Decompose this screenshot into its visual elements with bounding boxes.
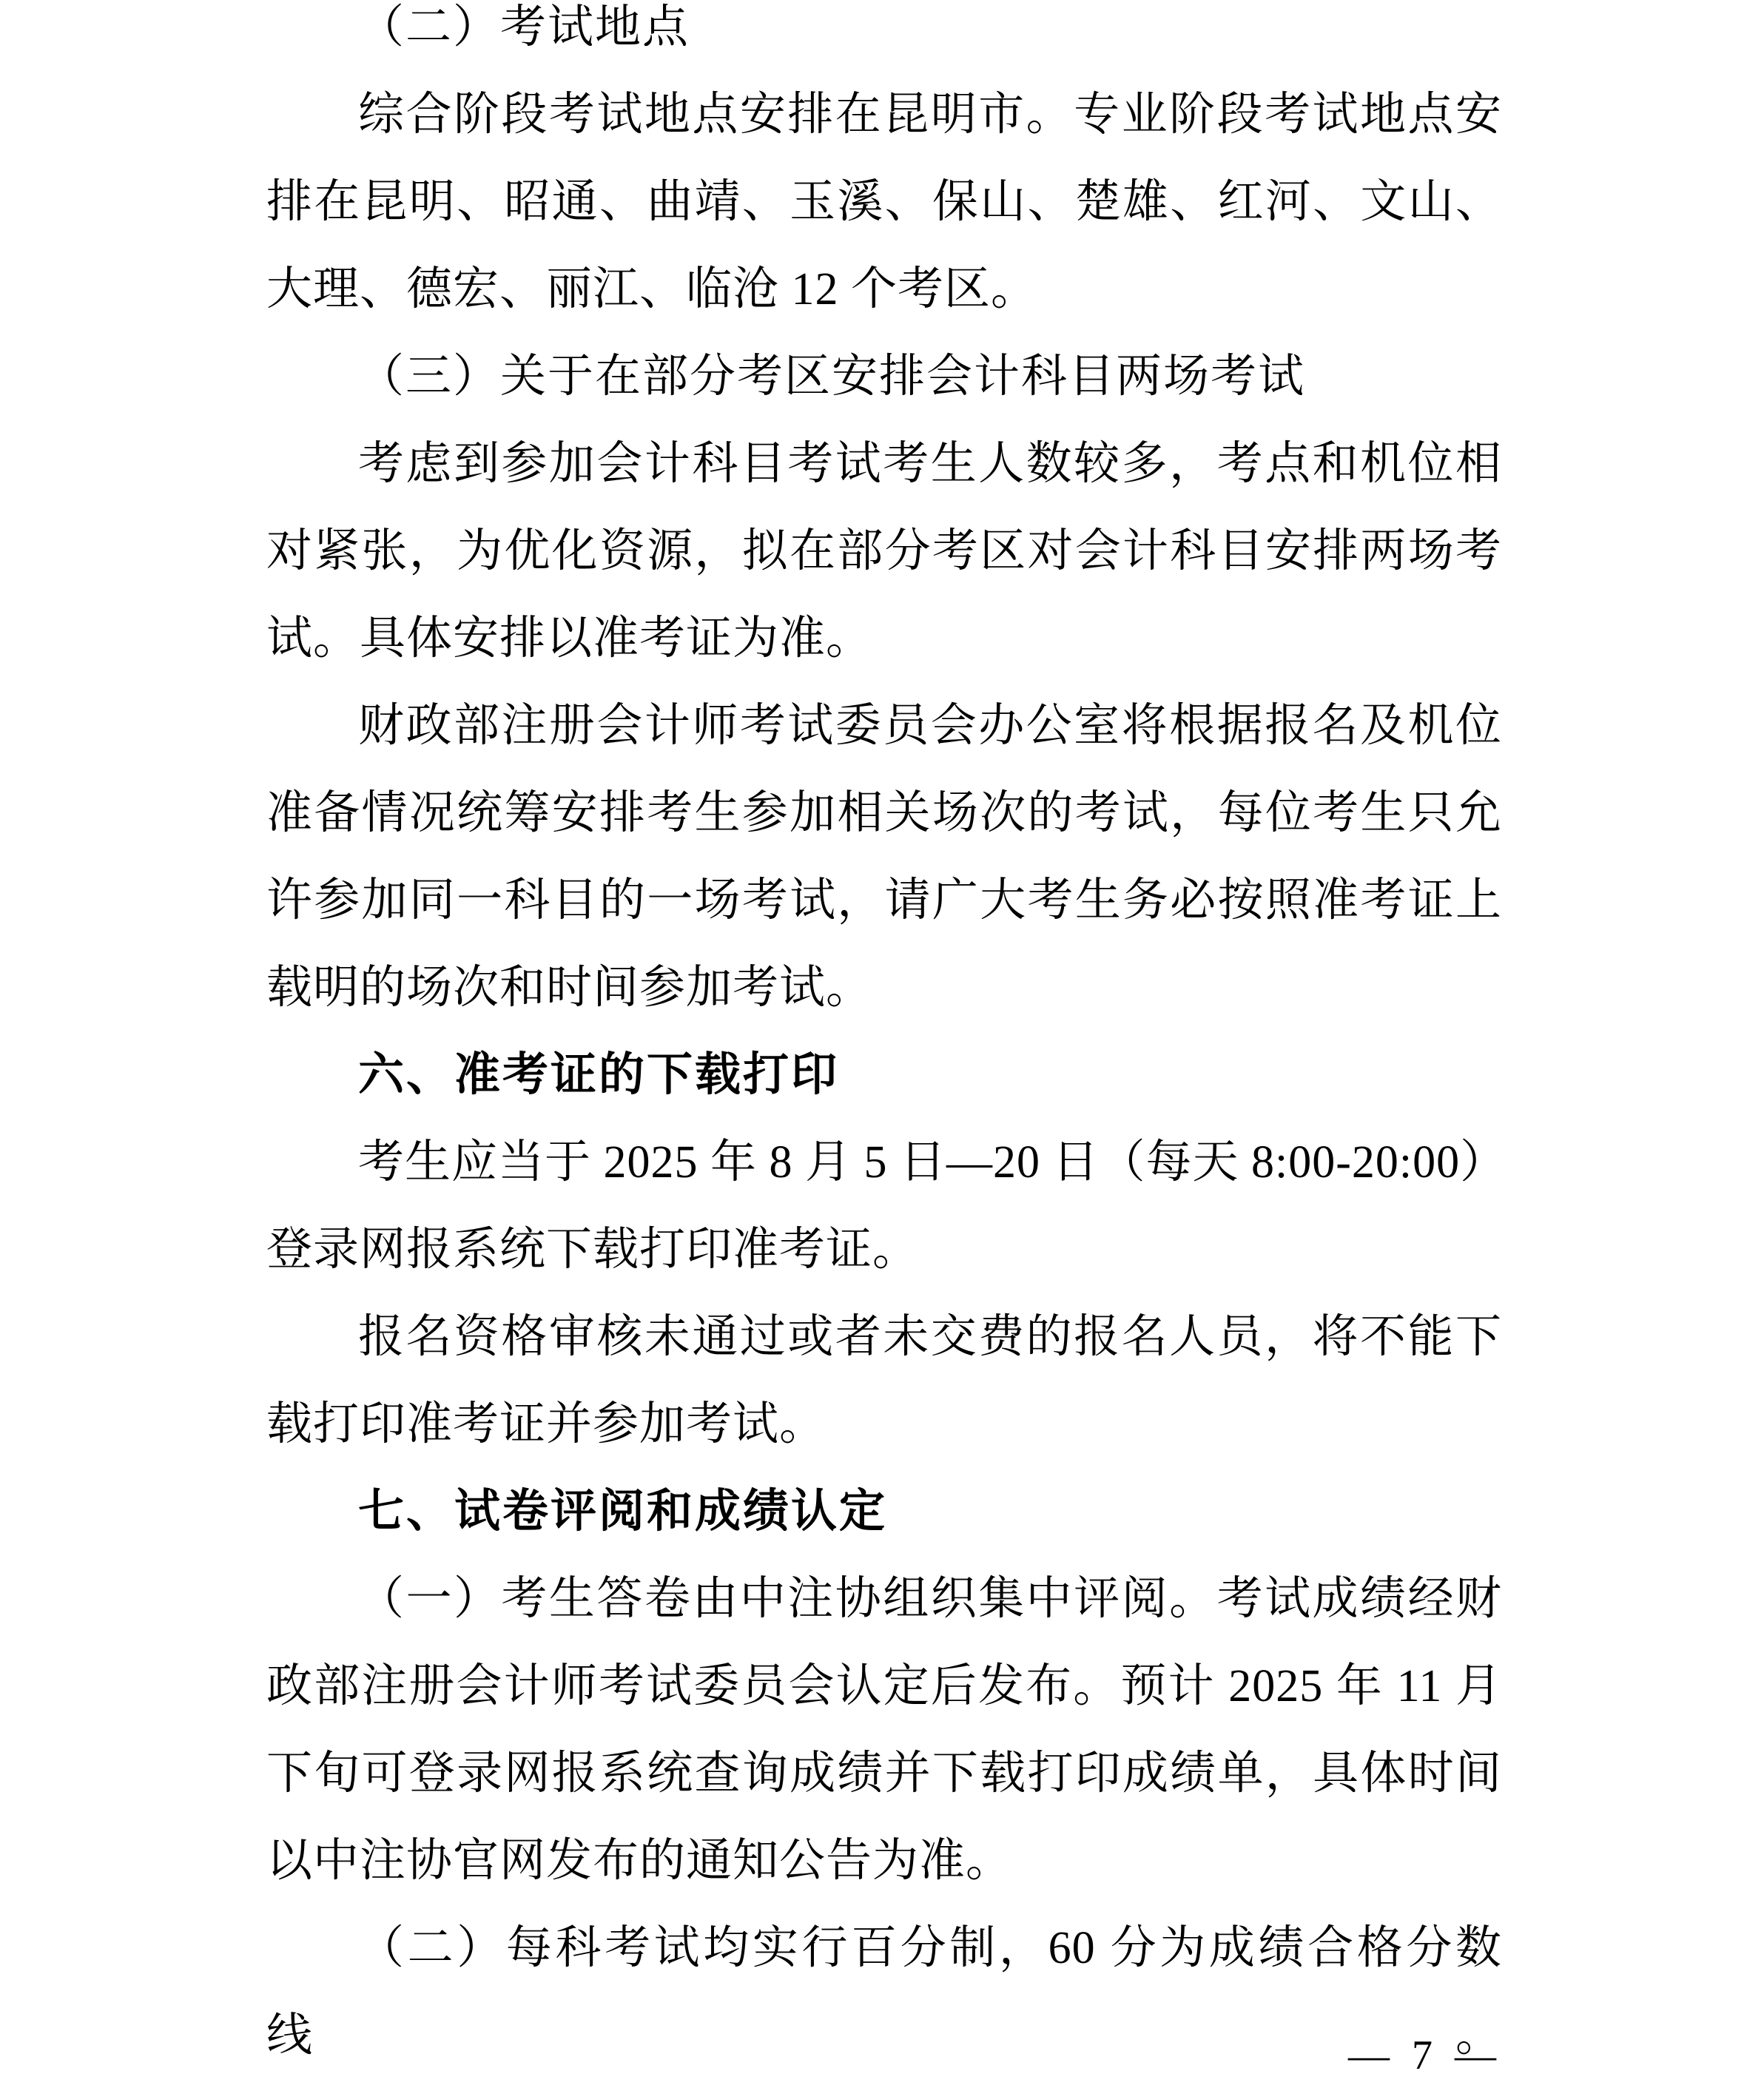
subsection-heading-3: （三）关于在部分考区安排会计科目两场考试 [266, 333, 1502, 420]
subsection-heading-2: （二）考试地点 [266, 0, 1502, 71]
paragraph-line: 财政部注册会计师考试委员会办公室将根据报名及机位 [266, 682, 1502, 769]
section-heading-6: 六、准考证的下载打印 [266, 1031, 1502, 1119]
paragraph-line: 考生应当于 2025 年 8 月 5 日—20 日（每天 8:00-20:00） [266, 1119, 1502, 1206]
paragraph-line: 考虑到参加会计科目考试考生人数较多，考点和机位相 [266, 420, 1502, 508]
paragraph-line: 政部注册会计师考试委员会认定后发布。预计 2025 年 11 月 [266, 1643, 1502, 1730]
paragraph-line: 对紧张，为优化资源，拟在部分考区对会计科目安排两场考 [266, 508, 1502, 595]
paragraph-line: 登录网报系统下载打印准考证。 [266, 1206, 1502, 1293]
paragraph-line: 报名资格审核未通过或者未交费的报名人员，将不能下 [266, 1293, 1502, 1381]
document-page: （二）考试地点综合阶段考试地点安排在昆明市。专业阶段考试地点安排在昆明、昭通、曲… [0, 0, 1764, 2088]
document-body: （二）考试地点综合阶段考试地点安排在昆明市。专业阶段考试地点安排在昆明、昭通、曲… [266, 0, 1502, 1992]
paragraph-line: 许参加同一科目的一场考试，请广大考生务必按照准考证上 [266, 857, 1502, 944]
paragraph-line: 综合阶段考试地点安排在昆明市。专业阶段考试地点安 [266, 71, 1502, 158]
section-heading-7: 七、试卷评阅和成绩认定 [266, 1468, 1502, 1555]
paragraph-line: （二）每科考试均实行百分制，60 分为成绩合格分数线。 [266, 1905, 1502, 1992]
paragraph-line: 载明的场次和时间参加考试。 [266, 944, 1502, 1031]
paragraph-line: 载打印准考证并参加考试。 [266, 1381, 1502, 1468]
paragraph-line: 准备情况统筹安排考生参加相关场次的考试，每位考生只允 [266, 769, 1502, 857]
paragraph-line: 下旬可登录网报系统查询成绩并下载打印成绩单，具体时间 [266, 1730, 1502, 1817]
paragraph-line: 试。具体安排以准考证为准。 [266, 595, 1502, 682]
paragraph-line: 排在昆明、昭通、曲靖、玉溪、保山、楚雄、红河、文山、 [266, 158, 1502, 246]
page-number: — 7 — [1348, 2033, 1502, 2078]
paragraph-line: 大理、德宏、丽江、临沧 12 个考区。 [266, 246, 1502, 333]
paragraph-line: 以中注协官网发布的通知公告为准。 [266, 1817, 1502, 1905]
paragraph-line: （一）考生答卷由中注协组织集中评阅。考试成绩经财 [266, 1555, 1502, 1643]
